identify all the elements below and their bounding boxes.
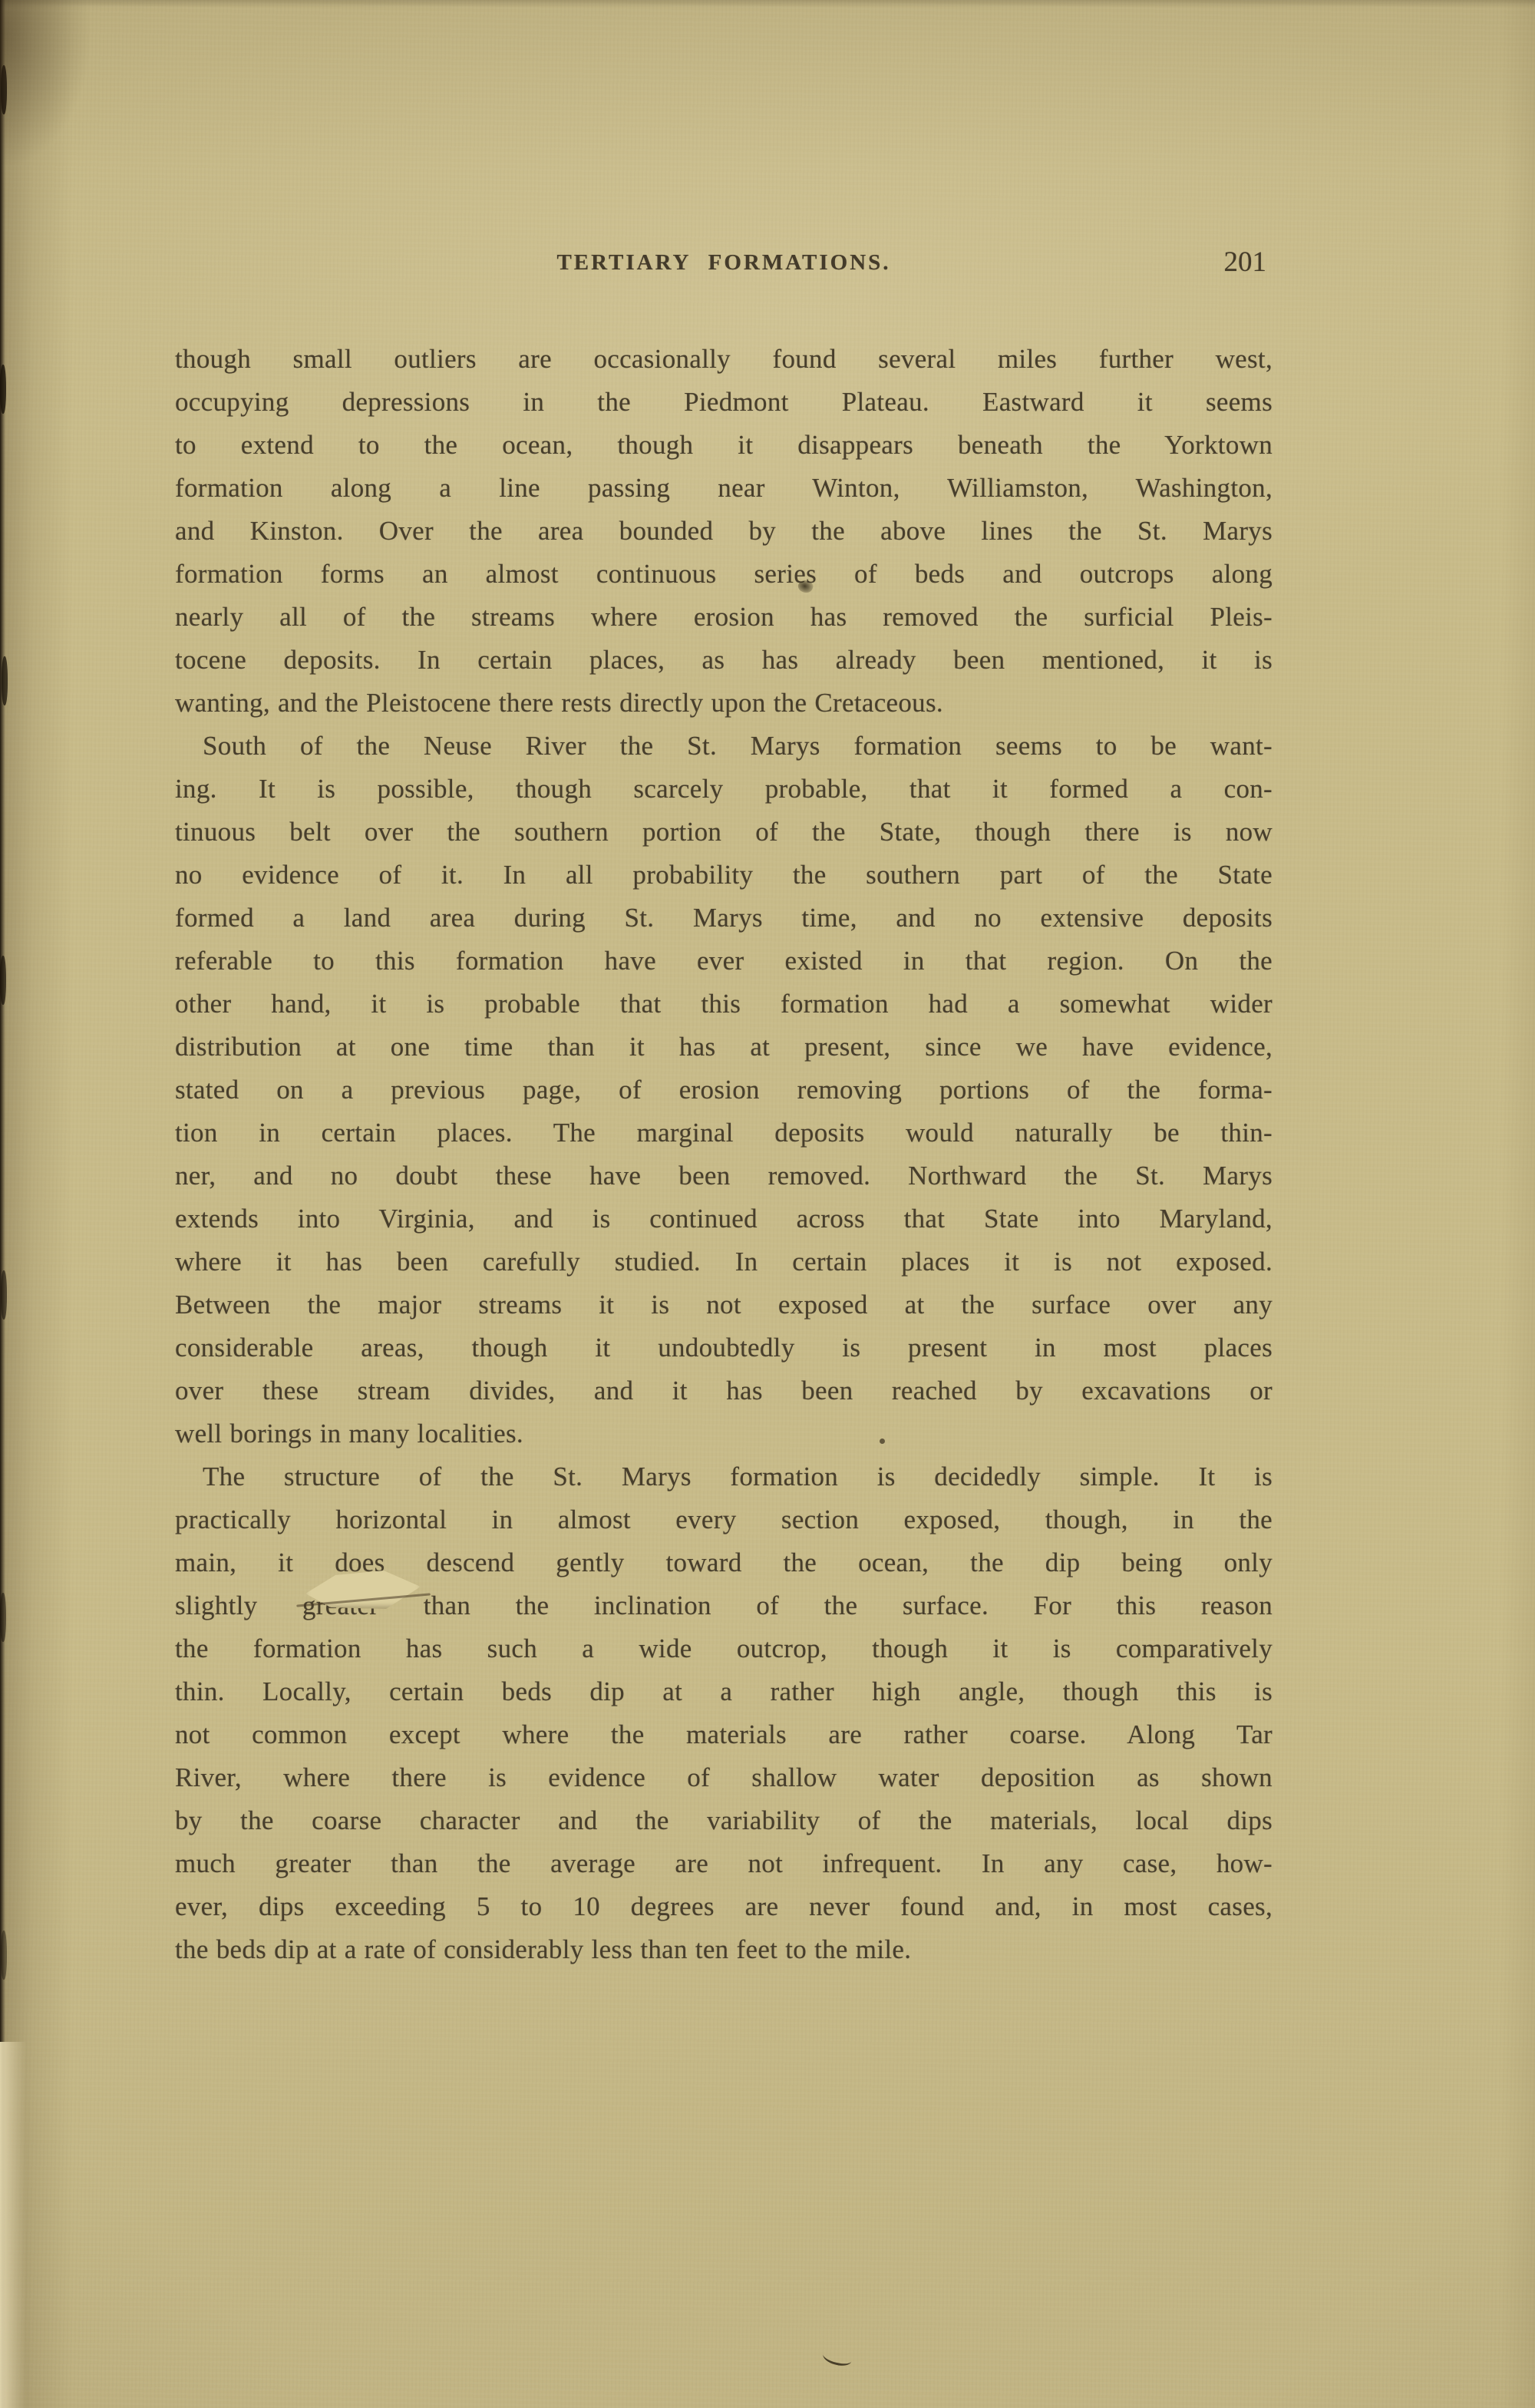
text-line: no evidence of it. In all probability th… [175,854,1273,897]
top-edge-shade [0,0,1535,8]
text-line: South of the Neuse River the St. Marys f… [175,725,1273,768]
text-line: tion in certain places. The marginal dep… [175,1112,1273,1154]
text-line: practically horizontal in almost every s… [175,1498,1273,1541]
bottom-left-page-edge [0,2042,26,2408]
text-line: considerable areas, though it undoubtedl… [175,1326,1273,1369]
text-line: The structure of the St. Marys formation… [175,1455,1273,1498]
stray-ink-dot [880,1439,885,1444]
text-line: other hand, it is probable that this for… [175,983,1273,1026]
text-line: Between the major streams it is not expo… [175,1283,1273,1326]
text-line: tocene deposits. In certain places, as h… [175,639,1273,682]
text-line: ever, dips exceeding 5 to 10 degrees are… [175,1885,1273,1928]
text-line: to extend to the ocean, though it disapp… [175,424,1273,467]
text-line: where it has been carefully studied. In … [175,1240,1273,1283]
text-line: referable to this formation have ever ex… [175,940,1273,983]
scanned-book-page: TERTIARY FORMATIONS. 201 though small ou… [0,0,1535,2408]
text-line: over these stream divides, and it has be… [175,1369,1273,1412]
text-line: not common except where the materials ar… [175,1713,1273,1756]
text-line: ner, and no doubt these have been remove… [175,1154,1273,1197]
page-body-text: though small outliers are occasionally f… [175,338,1273,1971]
text-line: formed a land area during St. Marys time… [175,897,1273,940]
text-line: much greater than the average are not in… [175,1842,1273,1885]
paper-fiber-mark [821,2347,853,2369]
text-line: tinuous belt over the southern portion o… [175,811,1273,854]
text-line: occupying depressions in the Piedmont Pl… [175,381,1273,424]
text-line: the formation has such a wide outcrop, t… [175,1627,1273,1670]
running-header: TERTIARY FORMATIONS. 201 [175,246,1273,290]
top-left-corner-shadow [0,0,92,169]
text-line: and Kinston. Over the area bounded by th… [175,510,1273,553]
page-number: 201 [1224,246,1267,279]
running-header-title: TERTIARY FORMATIONS. [175,250,1273,276]
text-line: River, where there is evidence of shallo… [175,1756,1273,1799]
text-line: nearly all of the streams where erosion … [175,596,1273,639]
text-line: ing. It is possible, though scarcely pro… [175,768,1273,811]
text-line: stated on a previous page, of erosion re… [175,1069,1273,1112]
text-line: extends into Virginia, and is continued … [175,1197,1273,1240]
right-edge-shade [1500,0,1535,2408]
text-line: by the coarse character and the variabil… [175,1799,1273,1842]
text-line: the beds dip at a rate of considerably l… [175,1928,1273,1971]
text-line: distribution at one time than it has at … [175,1026,1273,1069]
text-line: thin. Locally, certain beds dip at a rat… [175,1670,1273,1713]
text-line: though small outliers are occasionally f… [175,338,1273,381]
text-line: formation forms an almost continuous ser… [175,553,1273,596]
text-line: well borings in many localities. [175,1412,1273,1455]
text-line: formation along a line passing near Wint… [175,467,1273,510]
text-line: wanting, and the Pleistocene there rests… [175,682,1273,725]
